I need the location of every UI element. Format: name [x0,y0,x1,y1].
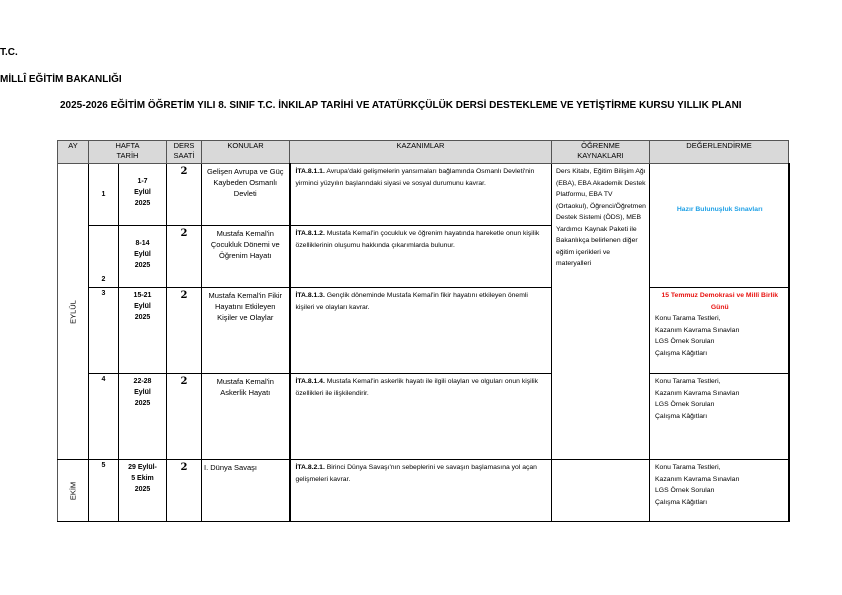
document-title: 2025-2026 EĞİTİM ÖĞRETİM YILI 8. SINIF T… [60,97,782,114]
eval-item: LGS Örnek Soruları [655,399,785,411]
eval-item: Kazanım Kavrama Sınavları [655,388,785,400]
week-number: 1 [89,164,119,226]
evaluation-cell: Konu Tarama Testleri, Kazanım Kavrama Sı… [650,374,789,460]
header-evaluation: DEĞERLENDİRME [650,141,789,164]
learning-resources-empty [552,460,650,522]
month-cell-ekim: EKİM [58,460,89,522]
table-row: 4 22-28Eylül2025 2 Mustafa Kemal'in Aske… [58,374,789,460]
topic: Mustafa Kemal'in Fikir Hayatını Etkileye… [202,288,290,374]
eval-item: Konu Tarama Testleri, [655,376,785,388]
lesson-hours: 2 [167,226,202,288]
learning-outcome: İTA.8.1.1. Avrupa'daki gelişmelerin yans… [290,164,552,226]
week-number: 5 [89,460,119,522]
learning-outcome: İTA.8.2.1. Birinci Dünya Savaşı'nın sebe… [290,460,552,522]
topic: Gelişen Avrupa ve Güç Kaybeden Osmanlı D… [202,164,290,226]
week-number: 4 [89,374,119,460]
eval-item: Çalışma Kâğıtları [655,411,785,423]
evaluation-cell: Konu Tarama Testleri, Kazanım Kavrama Sı… [650,460,789,522]
lesson-hours: 2 [167,460,202,522]
topic: Mustafa Kemal'in Çocukluk Dönemi ve Öğre… [202,226,290,288]
topic: I. Dünya Savaşı [202,460,290,522]
annual-plan-table: AY HAFTATARİH DERSSAATİ KONULAR KAZANIML… [57,140,790,522]
eval-item: Çalışma Kâğıtları [655,348,785,360]
header-resources: ÖĞRENMEKAYNAKLARI [552,141,650,164]
evaluation-cell: 15 Temmuz Demokrasi ve Millî Birlik Günü… [650,288,789,374]
readiness-exams-label: Hazır Bulunuşluk Sınavları [655,166,785,216]
eval-item: LGS Örnek Soruları [655,336,785,348]
eval-item: Çalışma Kâğıtları [655,497,785,509]
special-day-label: 15 Temmuz Demokrasi ve Millî Birlik Günü [655,290,785,313]
lesson-hours: 2 [167,164,202,226]
learning-outcome: İTA.8.1.4. Mustafa Kemal'in askerlik hay… [290,374,552,460]
header-topics: KONULAR [202,141,290,164]
topic: Mustafa Kemal'in Askerlik Hayatı [202,374,290,460]
header-week-date: HAFTATARİH [89,141,167,164]
header-outcomes: KAZANIMLAR [290,141,552,164]
lesson-hours: 2 [167,374,202,460]
week-date: 15-21Eylül2025 [119,288,167,374]
lesson-hours: 2 [167,288,202,374]
eval-item: Konu Tarama Testleri, [655,313,785,325]
week-date: 8-14Eylül2025 [119,226,167,288]
header-month: AY [58,141,89,164]
week-date: 29 Eylül-5 Ekim2025 [119,460,167,522]
month-cell-eylul: EYLÜL [58,164,89,460]
header-ministry: MİLLÎ EĞİTİM BAKANLIĞI [0,74,842,85]
learning-outcome: İTA.8.1.2. Mustafa Kemal'in çocukluk ve … [290,226,552,288]
learning-outcome: İTA.8.1.3. Gençlik döneminde Mustafa Kem… [290,288,552,374]
week-number: 2 [89,226,119,288]
eval-item: Konu Tarama Testleri, [655,462,785,474]
eval-item: Kazanım Kavrama Sınavları [655,325,785,337]
header-hours: DERSSAATİ [167,141,202,164]
table-row: EKİM 5 29 Eylül-5 Ekim2025 2 I. Dünya Sa… [58,460,789,522]
learning-resources: Ders Kitabı, Eğitim Bilişim Ağı (EBA), E… [552,164,650,460]
week-number: 3 [89,288,119,374]
table-header-row: AY HAFTATARİH DERSSAATİ KONULAR KAZANIML… [58,141,789,164]
week-date: 22-28Eylül2025 [119,374,167,460]
week-date: 1-7Eylül2025 [119,164,167,226]
eval-item: Kazanım Kavrama Sınavları [655,474,785,486]
table-row: EYLÜL 1 1-7Eylül2025 2 Gelişen Avrupa ve… [58,164,789,226]
evaluation-readiness: Hazır Bulunuşluk Sınavları [650,164,789,288]
header-tc: T.C. [0,47,842,58]
table-row: 3 15-21Eylül2025 2 Mustafa Kemal'in Fiki… [58,288,789,374]
eval-item: LGS Örnek Soruları [655,485,785,497]
